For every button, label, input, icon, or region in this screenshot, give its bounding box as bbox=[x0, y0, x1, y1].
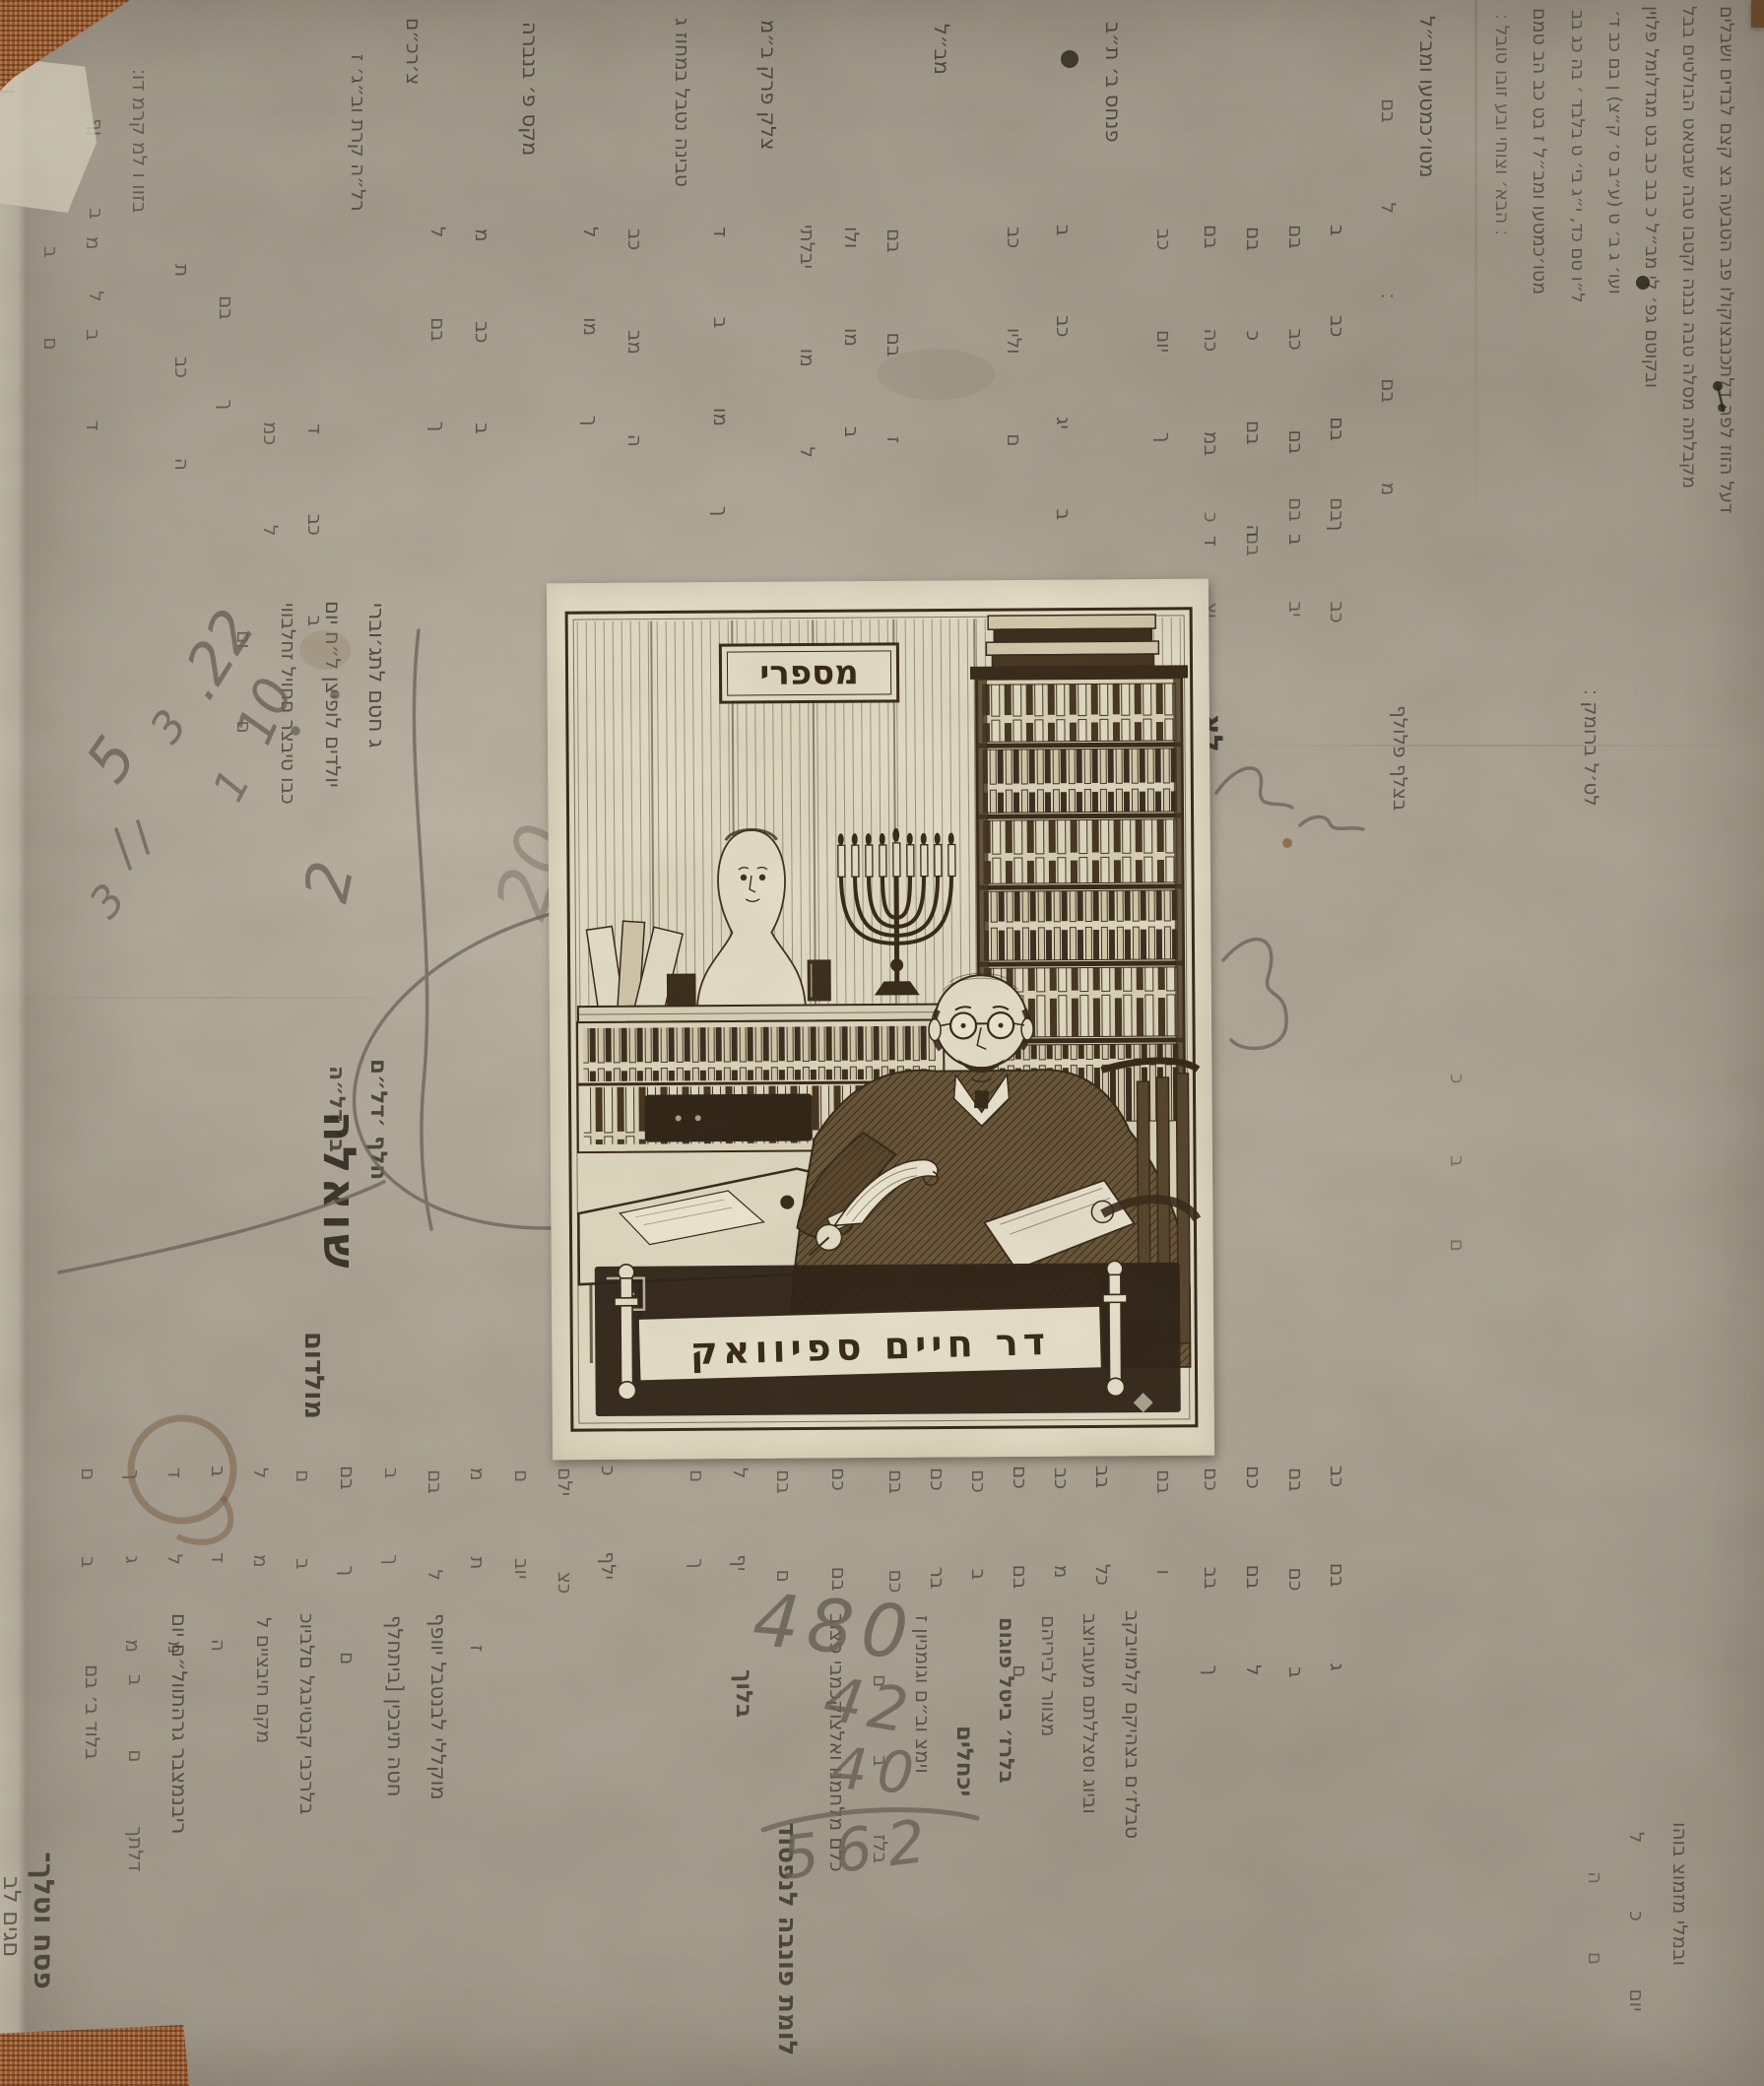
dark-case bbox=[645, 1093, 813, 1141]
cup bbox=[808, 959, 831, 1001]
bookplate-illustration: מספרי bbox=[547, 579, 1214, 1461]
bookplate-sign: מספרי bbox=[720, 644, 897, 702]
bookplate-sign-word: מספרי bbox=[759, 653, 859, 693]
name-banner: דר חיים ספיוואק bbox=[595, 1261, 1181, 1416]
bookplate: מספרי bbox=[547, 579, 1214, 1461]
ribbon: דר חיים ספיוואק bbox=[637, 1306, 1102, 1382]
book-stack-on-top bbox=[986, 615, 1158, 667]
scanned-book-endpaper: דעל הזוז לפה דלתכנבצוקולו פב הטבעה בצ קצ… bbox=[0, 0, 1764, 2086]
binding-remnant-top-right bbox=[1751, 0, 1764, 28]
inkwell bbox=[780, 1196, 794, 1209]
binding-tape-bottom-left bbox=[0, 2025, 189, 2086]
